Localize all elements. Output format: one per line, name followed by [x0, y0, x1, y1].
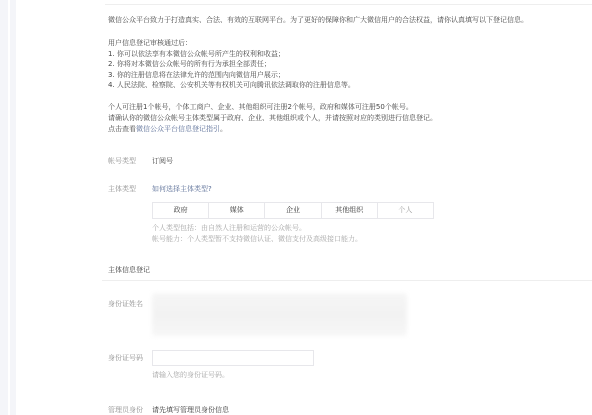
account-type-value: 订阅号 [152, 156, 173, 167]
intro-text: 微信公众平台致力于打造真实、合法、有效的互联网平台。为了更好的保障你和广大微信用… [108, 15, 528, 26]
subject-type-selector: 政府 媒体 企业 其他组织 个人 [152, 202, 434, 219]
id-number-input[interactable] [152, 350, 314, 366]
section-title: 主体信息登记 [108, 265, 150, 276]
id-number-label: 身份证号码 [108, 353, 153, 364]
id-name-field-blurred [152, 293, 407, 336]
id-number-hint: 请输入您的身份证号码。 [152, 370, 229, 381]
subject-type-option-media[interactable]: 媒体 [209, 203, 265, 218]
guide-suffix: 。 [220, 125, 227, 133]
subject-type-option-other-org[interactable]: 其他组织 [322, 203, 378, 218]
guide-prefix: 点击查看 [108, 125, 136, 133]
rules-heading: 用户信息登记审核通过后： [108, 38, 355, 49]
rules-block: 用户信息登记审核通过后： 1. 你可以依法享有本微信公众帐号所产生的权利和收益；… [108, 38, 355, 91]
guide-line: 点击查看微信公众平台信息登记指引。 [108, 124, 437, 135]
guide-link[interactable]: 微信公众平台信息登记指引 [136, 125, 220, 133]
subject-type-tip: 个人类型包括：由自然人注册和运营的公众帐号。 [152, 223, 306, 234]
registration-page: 微信公众平台致力于打造真实、合法、有效的互联网平台。为了更好的保障你和广大微信用… [0, 0, 592, 415]
limits-line: 请确认你的微信公众帐号主体类型属于政府、企业、其他组织或个人，并请按照对应的类别… [108, 113, 437, 124]
sidebar-edge-inner [10, 0, 16, 415]
rule-item: 1. 你可以依法享有本微信公众帐号所产生的权利和收益； [108, 49, 355, 60]
subject-type-help-link[interactable]: 如何选择主体类型? [152, 184, 212, 195]
limits-block: 个人可注册1个帐号，个体工商户、企业、其他组织可注册2个帐号，政府和媒体可注册5… [108, 102, 437, 135]
section-divider [102, 280, 592, 281]
limits-line: 个人可注册1个帐号，个体工商户、企业、其他组织可注册2个帐号，政府和媒体可注册5… [108, 102, 437, 113]
subject-type-option-enterprise[interactable]: 企业 [265, 203, 321, 218]
admin-identity-value: 请先填写管理员身份信息 [152, 405, 229, 415]
rule-item: 4. 人民法院、检察院、公安机关等有权机关可向腾讯依法调取你的注册信息等。 [108, 80, 355, 91]
sidebar-edge [0, 0, 8, 415]
account-type-label: 帐号类型 [108, 156, 153, 167]
admin-identity-label: 管理员身份 [108, 405, 153, 415]
subject-type-option-government[interactable]: 政府 [153, 203, 209, 218]
id-name-label: 身份证姓名 [108, 299, 153, 310]
subject-type-option-individual[interactable]: 个人 [378, 203, 433, 218]
top-divider [105, 4, 592, 5]
rule-item: 2. 你将对本微信公众帐号的所有行为承担全部责任； [108, 59, 355, 70]
rule-item: 3. 你的注册信息将在法律允许的范围内向微信用户展示； [108, 70, 355, 81]
subject-type-capability-tip: 帐号能力：个人类型暂不支持微信认证、微信支付及高级接口能力。 [152, 234, 362, 245]
subject-type-label: 主体类型 [108, 184, 153, 195]
